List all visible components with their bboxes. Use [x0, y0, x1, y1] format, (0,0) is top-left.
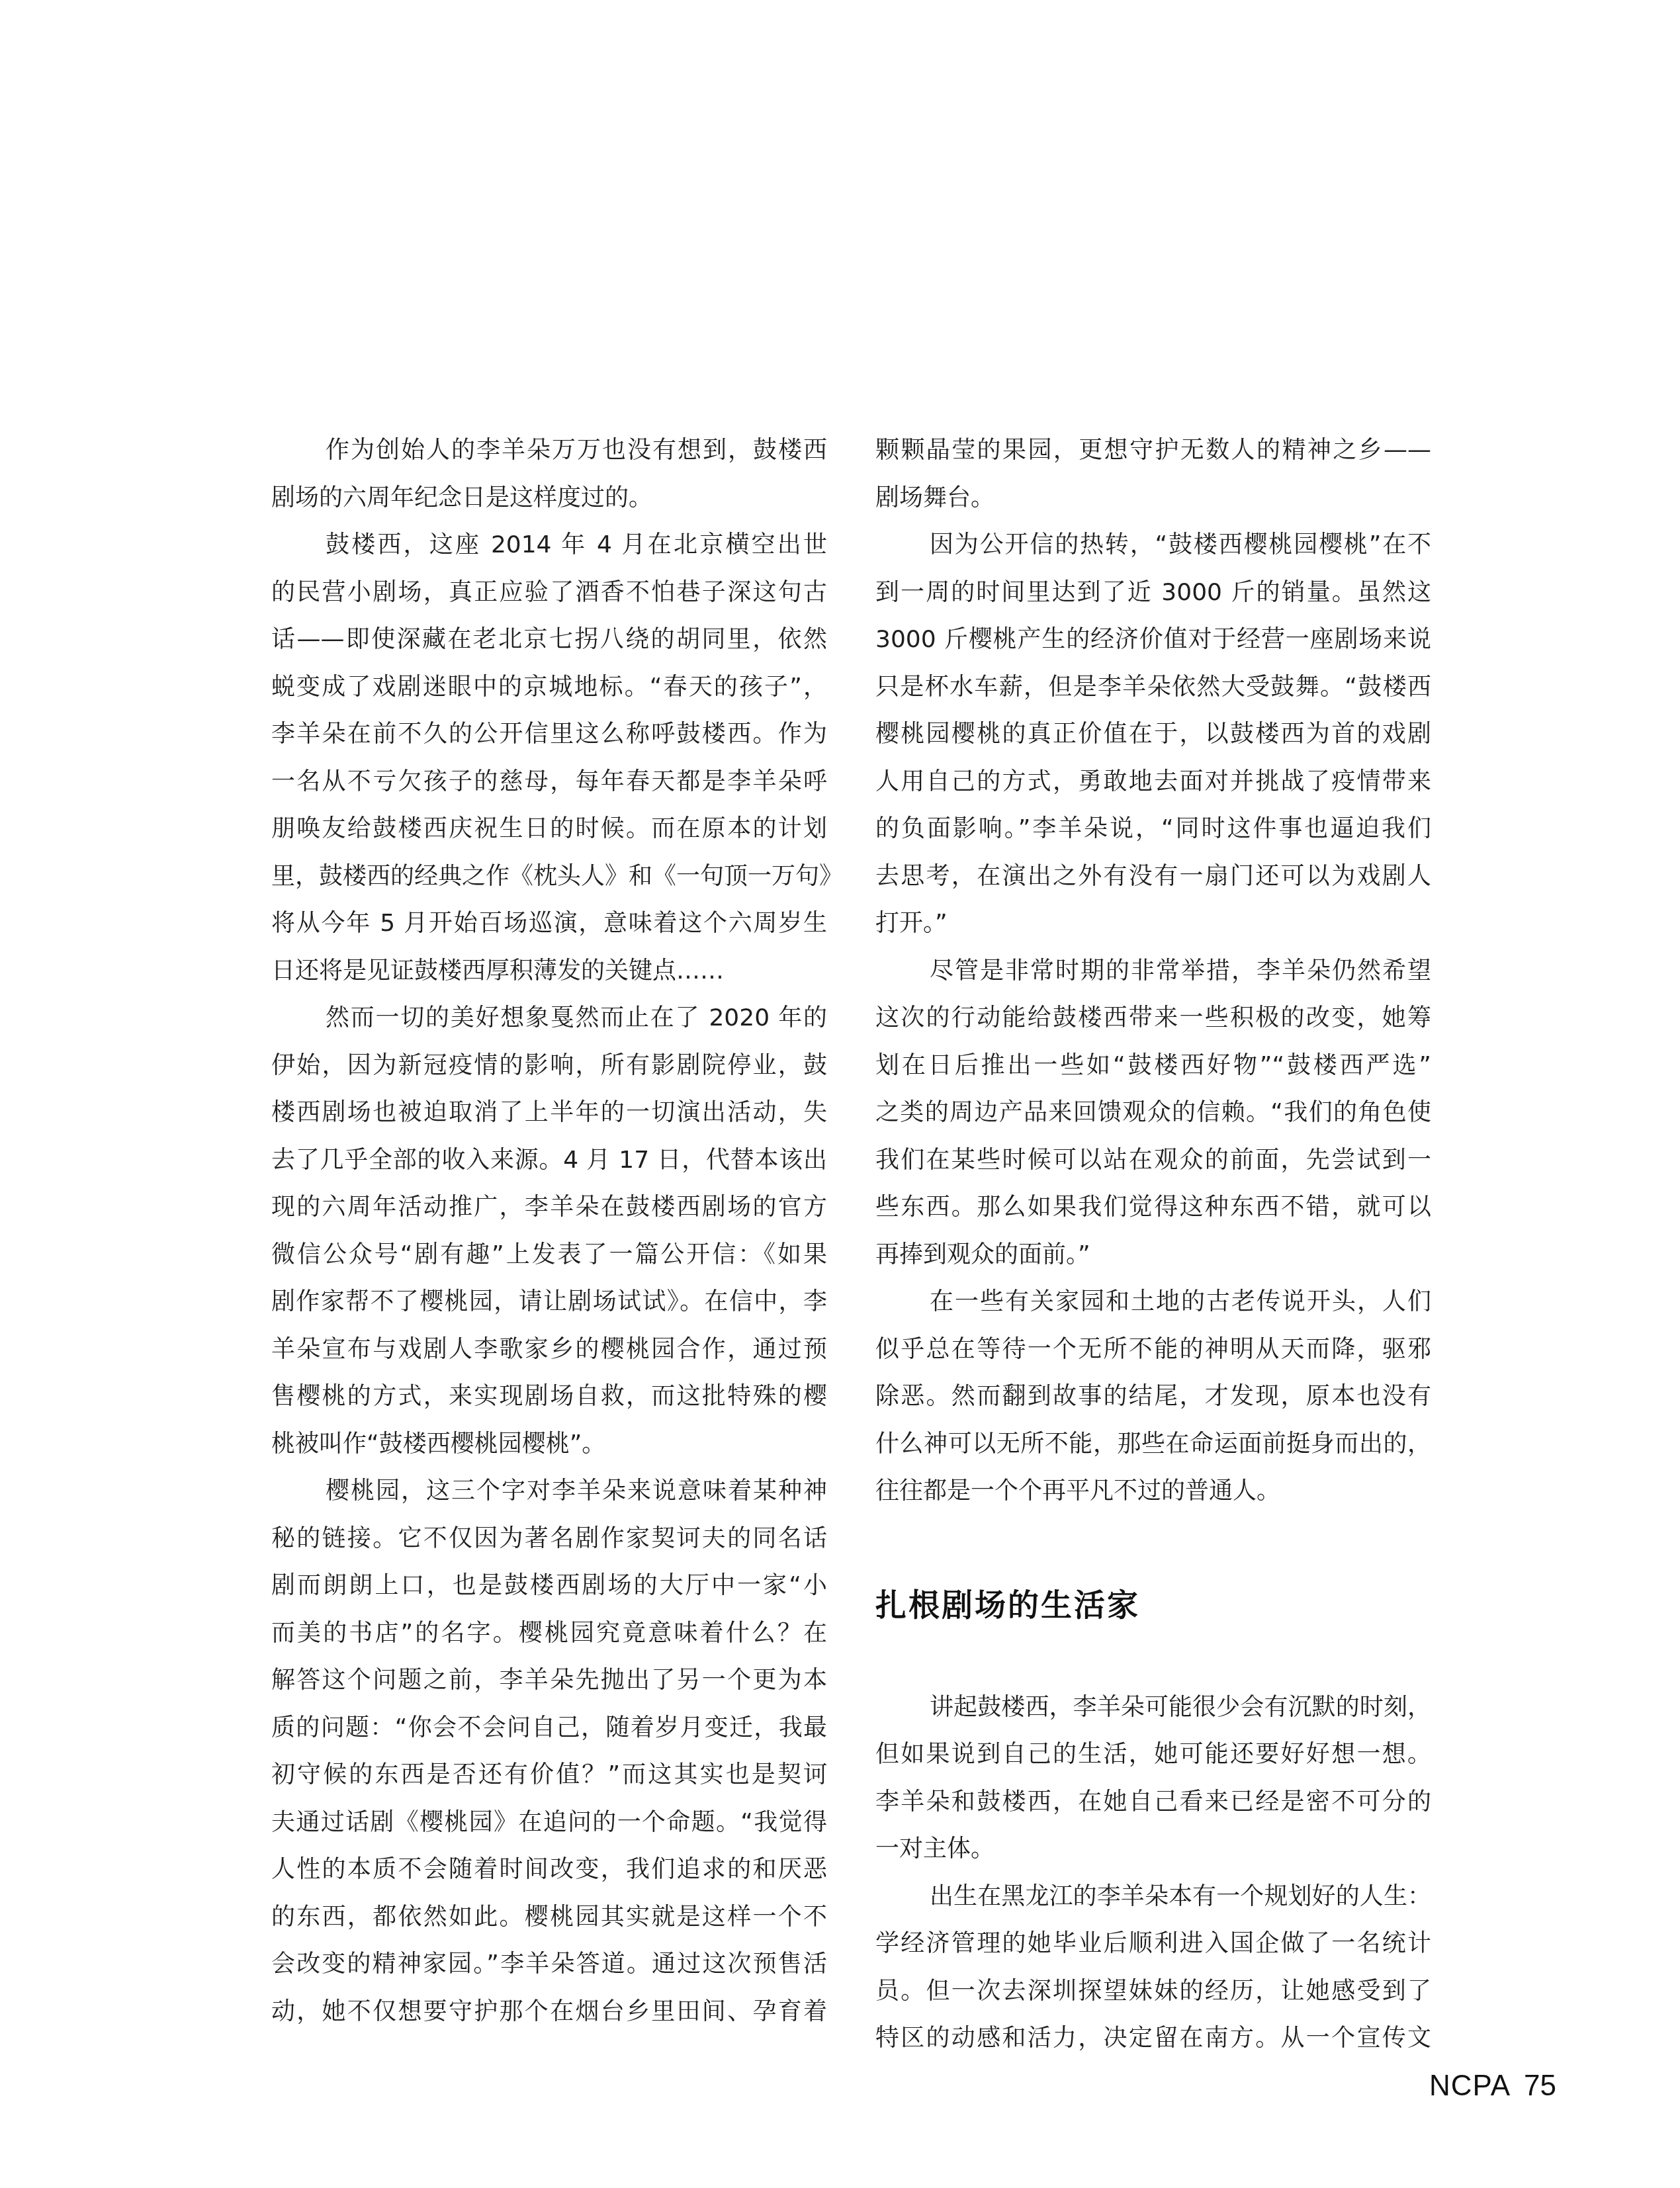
text-line: 李羊朵在前不久的公开信里这么称呼鼓楼西。作为 [271, 715, 827, 763]
text-line: 里，鼓楼西的经典之作《枕头人》和《一句顶一万句》 [271, 857, 827, 905]
text-line: 夫通过话剧《樱桃园》在追问的一个命题。“我觉得 [271, 1804, 827, 1851]
text-line: 学经济管理的她毕业后顺利进入国企做了一名统计 [875, 1925, 1431, 1972]
text-line: 羊朵宣布与戏剧人李歌家乡的樱桃园合作，通过预 [271, 1331, 827, 1378]
text-line: 这次的行动能给鼓楼西带来一些积极的改变，她筹 [875, 999, 1431, 1047]
paragraph: 因为公开信的热转，“鼓楼西樱桃园樱桃”在不到一周的时间里达到了近 3000 斤的… [875, 526, 1431, 952]
paragraph: 樱桃园，这三个字对李羊朵来说意味着某种神秘的链接。它不仅因为著名剧作家契诃夫的同… [271, 1472, 827, 2040]
text-line: 我们在某些时候可以站在观众的前面，先尝试到一 [875, 1141, 1431, 1189]
text-line: 的东西，都依然如此。樱桃园其实就是这样一个不 [271, 1898, 827, 1946]
paragraph: 讲起鼓楼西，李羊朵可能很少会有沉默的时刻，但如果说到自己的生活，她可能还要好好想… [875, 1688, 1431, 1878]
text-line: 樱桃园，这三个字对李羊朵来说意味着某种神 [271, 1472, 827, 1520]
text-line: 然而一切的美好想象戛然而止在了 2020 年的 [271, 999, 827, 1047]
text-line: 讲起鼓楼西，李羊朵可能很少会有沉默的时刻， [875, 1688, 1431, 1736]
text-line: 话——即使深藏在老北京七拐八绕的胡同里，依然 [271, 621, 827, 668]
page-footer: NCPA75 [1429, 2070, 1556, 2103]
text-line: 3000 斤樱桃产生的经济价值对于经营一座剧场来说 [875, 621, 1431, 668]
text-line: 划在日后推出一些如“鼓楼西好物”“鼓楼西严选” [875, 1047, 1431, 1094]
text-line: 质的问题：“你会不会问自己，随着岁月变迁，我最 [271, 1709, 827, 1757]
text-line: 李羊朵和鼓楼西，在她自己看来已经是密不可分的 [875, 1783, 1431, 1831]
text-line: 似乎总在等待一个无所不能的神明从天而降，驱邪 [875, 1331, 1431, 1378]
text-line: 微信公众号“剧有趣”上发表了一篇公开信：《如果 [271, 1236, 827, 1284]
text-line: 解答这个问题之前，李羊朵先抛出了另一个更为本 [271, 1661, 827, 1709]
text-line: 出生在黑龙江的李羊朵本有一个规划好的人生： [875, 1878, 1431, 1925]
text-line: 人性的本质不会随着时间改变，我们追求的和厌恶 [271, 1851, 827, 1898]
text-line: 人用自己的方式，勇敢地去面对并挑战了疫情带来 [875, 763, 1431, 810]
text-line: 一对主体。 [875, 1830, 1431, 1878]
text-line: 打开。” [875, 904, 1431, 952]
text-line: 桃被叫作“鼓楼西樱桃园樱桃”。 [271, 1425, 827, 1473]
magazine-page: 作为创始人的李羊朵万万也没有想到，鼓楼西剧场的六周年纪念日是这样度过的。鼓楼西，… [0, 0, 1680, 2188]
text-line: 员。但一次去深圳探望妹妹的经历，让她感受到了 [875, 1972, 1431, 2020]
paragraph: 颗颗晶莹的果园，更想守护无数人的精神之乡——剧场舞台。 [875, 431, 1431, 526]
text-line: 秘的链接。它不仅因为著名剧作家契诃夫的同名话 [271, 1520, 827, 1567]
text-line: 只是杯水车薪，但是李羊朵依然大受鼓舞。“鼓楼西 [875, 668, 1431, 716]
paragraph: 作为创始人的李羊朵万万也没有想到，鼓楼西剧场的六周年纪念日是这样度过的。 [271, 431, 827, 526]
text-line: 将从今年 5 月开始百场巡演，意味着这个六周岁生 [271, 904, 827, 952]
text-line: 蜕变成了戏剧迷眼中的京城地标。“春天的孩子”， [271, 668, 827, 716]
page-number: 75 [1524, 2070, 1556, 2102]
text-line: 动，她不仅想要守护那个在烟台乡里田间、孕育着 [271, 1993, 827, 2040]
text-line: 一名从不亏欠孩子的慈母，每年春天都是李羊朵呼 [271, 763, 827, 810]
paragraph: 在一些有关家园和土地的古老传说开头，人们似乎总在等待一个无所不能的神明从天而降，… [875, 1283, 1431, 1520]
text-line: 而美的书店”的名字。樱桃园究竟意味着什么？在 [271, 1614, 827, 1662]
paragraph: 出生在黑龙江的李羊朵本有一个规划好的人生：学经济管理的她毕业后顺利进入国企做了一… [875, 1878, 1431, 2067]
text-line: 作为创始人的李羊朵万万也没有想到，鼓楼西 [271, 431, 827, 479]
text-line: 樱桃园樱桃的真正价值在于，以鼓楼西为首的戏剧 [875, 715, 1431, 763]
text-line: 楼西剧场也被迫取消了上半年的一切演出活动，失 [271, 1094, 827, 1141]
text-line: 除恶。然而翻到故事的结尾，才发现，原本也没有 [875, 1378, 1431, 1425]
text-line: 再捧到观众的面前。” [875, 1236, 1431, 1284]
text-line: 会改变的精神家园。”李羊朵答道。通过这次预售活 [271, 1945, 827, 1993]
text-line: 因为公开信的热转，“鼓楼西樱桃园樱桃”在不 [875, 526, 1431, 574]
text-line: 剧作家帮不了樱桃园，请让剧场试试》。在信中，李 [271, 1283, 827, 1331]
text-line: 日还将是见证鼓楼西厚积薄发的关键点…… [271, 952, 827, 1000]
section-heading: 扎根剧场的生活家 [875, 1586, 1140, 1626]
text-line: 售樱桃的方式，来实现剧场自救，而这批特殊的樱 [271, 1378, 827, 1425]
text-line: 尽管是非常时期的非常举措，李羊朵仍然希望 [875, 952, 1431, 1000]
text-line: 朋唤友给鼓楼西庆祝生日的时候。而在原本的计划 [271, 810, 827, 857]
text-line: 什么神可以无所不能，那些在命运面前挺身而出的， [875, 1425, 1431, 1473]
text-line: 些东西。那么如果我们觉得这种东西不错，就可以 [875, 1188, 1431, 1236]
text-line: 剧场舞台。 [875, 479, 1431, 527]
text-line: 之类的周边产品来回馈观众的信赖。“我们的角色使 [875, 1094, 1431, 1141]
magazine-name: NCPA [1429, 2070, 1511, 2102]
paragraph: 然而一切的美好想象戛然而止在了 2020 年的伊始，因为新冠疫情的影响，所有影剧… [271, 999, 827, 1472]
text-line: 现的六周年活动推广，李羊朵在鼓楼西剧场的官方 [271, 1188, 827, 1236]
text-line: 鼓楼西，这座 2014 年 4 月在北京横空出世 [271, 526, 827, 574]
text-line: 的负面影响。”李羊朵说，“同时这件事也逼迫我们 [875, 810, 1431, 857]
text-line: 初守候的东西是否还有价值？”而这其实也是契诃 [271, 1756, 827, 1804]
text-line: 在一些有关家园和土地的古老传说开头，人们 [875, 1283, 1431, 1331]
text-line: 去思考，在演出之外有没有一扇门还可以为戏剧人 [875, 857, 1431, 905]
text-line: 但如果说到自己的生活，她可能还要好好想一想。 [875, 1735, 1431, 1783]
text-line: 伊始，因为新冠疫情的影响，所有影剧院停业，鼓 [271, 1047, 827, 1094]
text-line: 特区的动感和活力，决定留在南方。从一个宣传文 [875, 2019, 1431, 2067]
text-line: 到一周的时间里达到了近 3000 斤的销量。虽然这 [875, 574, 1431, 621]
text-line: 的民营小剧场，真正应验了酒香不怕巷子深这句古 [271, 574, 827, 621]
text-line: 剧而朗朗上口，也是鼓楼西剧场的大厅中一家“小 [271, 1567, 827, 1614]
text-line: 剧场的六周年纪念日是这样度过的。 [271, 479, 827, 527]
text-line: 颗颗晶莹的果园，更想守护无数人的精神之乡—— [875, 431, 1431, 479]
text-line: 往往都是一个个再平凡不过的普通人。 [875, 1472, 1431, 1520]
text-line: 去了几乎全部的收入来源。4 月 17 日，代替本该出 [271, 1141, 827, 1189]
paragraph: 尽管是非常时期的非常举措，李羊朵仍然希望这次的行动能给鼓楼西带来一些积极的改变，… [875, 952, 1431, 1284]
paragraph: 鼓楼西，这座 2014 年 4 月在北京横空出世的民营小剧场，真正应验了酒香不怕… [271, 526, 827, 999]
